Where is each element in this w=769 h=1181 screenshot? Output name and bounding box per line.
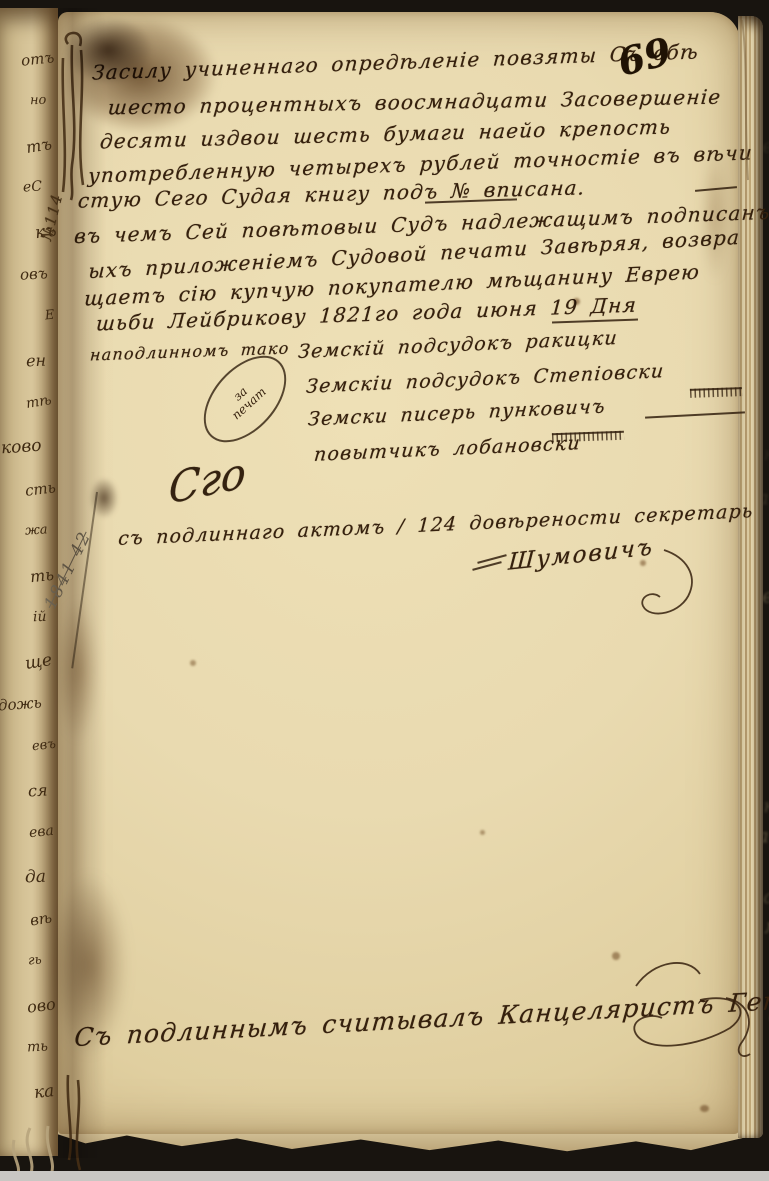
edge-text-fragment: ся [28, 781, 49, 801]
edge-text-fragment: ен [26, 351, 47, 371]
edge-text-fragment: да [25, 867, 47, 888]
edge-text-fragment: ка [33, 1081, 55, 1103]
edge-text-fragment: ева [28, 823, 54, 842]
seal-annotation-text: за печат [217, 372, 274, 427]
edge-text-fragment: ще [24, 650, 54, 674]
edge-text-fragment: овъ [20, 264, 49, 283]
edge-text-fragment: жа [25, 522, 48, 538]
edge-text-fragment: ій [32, 609, 46, 625]
edge-text-fragment: дожь [0, 693, 43, 714]
ink-hatch-mark [690, 387, 742, 398]
edge-text-fragment: ово [26, 994, 57, 1016]
edge-text-fragment: евъ [31, 737, 57, 755]
edge-text-fragment: ть [27, 1038, 49, 1055]
edge-text-fragment: Е [44, 308, 55, 324]
edge-text-fragment: еС [22, 178, 42, 195]
edge-text-fragment: отъ [20, 48, 55, 69]
edge-text-fragment: тъ [25, 134, 53, 157]
edge-text-fragment: вѣ [29, 908, 54, 929]
edge-text-fragment: но [29, 93, 46, 109]
edge-text-fragment: сть [24, 478, 57, 500]
scanned-manuscript: о мѣ шле сто ваго ите по ду ми ра е сто … [0, 0, 769, 1181]
page-edge-stack [738, 16, 763, 1138]
scanner-edge-band [0, 1171, 769, 1181]
edge-text-fragment: ково [1, 436, 43, 459]
edge-text-fragment: гь [28, 953, 43, 969]
